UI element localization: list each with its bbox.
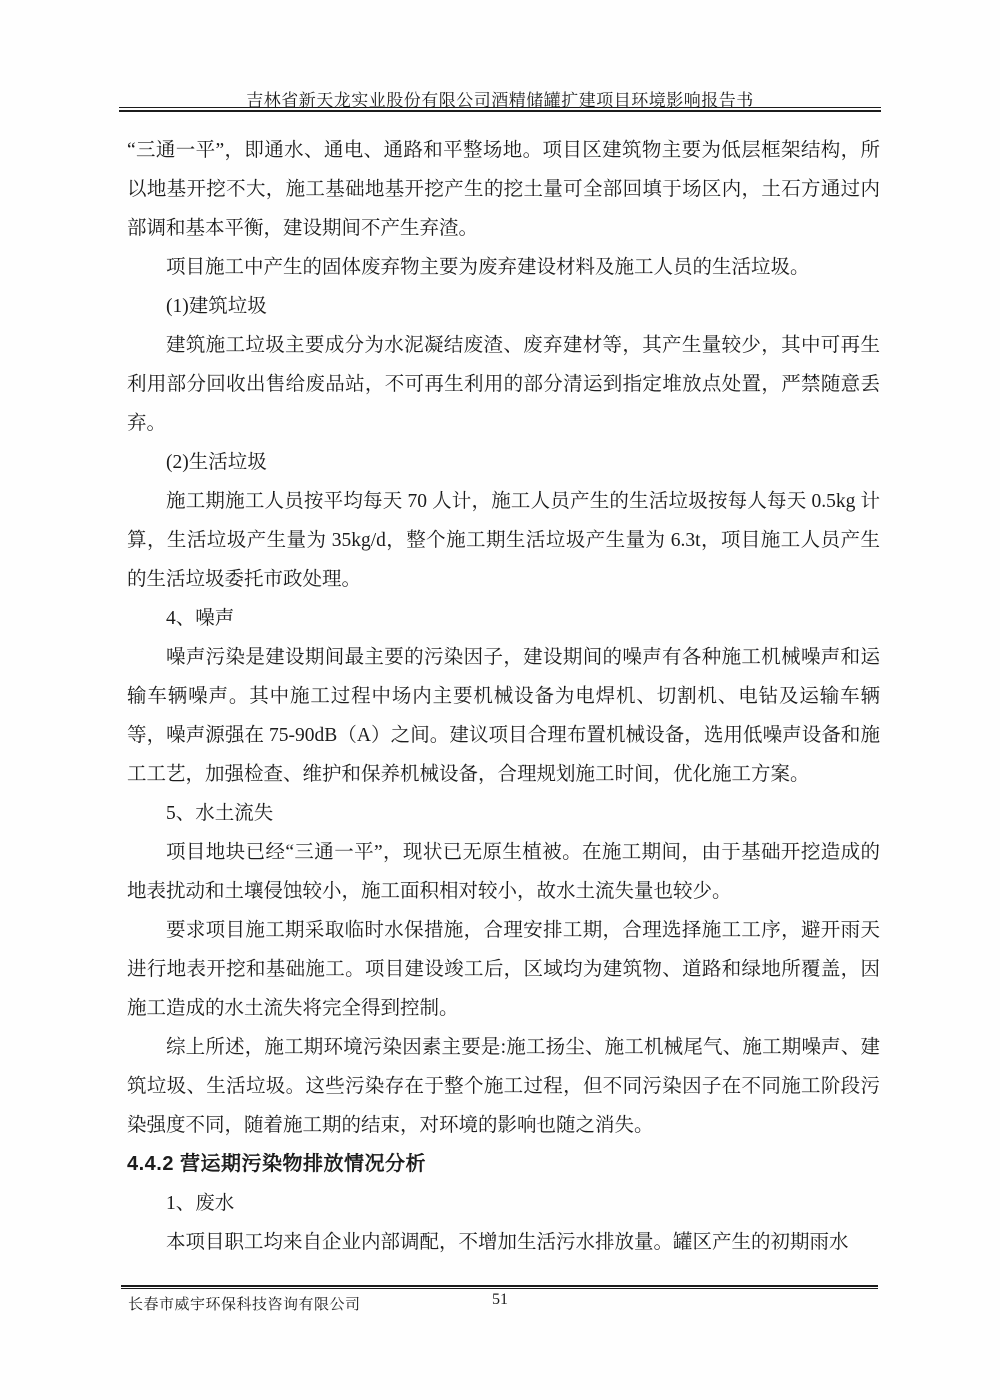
body-paragraph-construction-waste: 建筑施工垃圾主要成分为水泥凝结废渣、废弃建材等，其产生量较少，其中可再生利用部分… xyxy=(127,326,880,443)
document-page: 吉林省新天龙实业股份有限公司酒精储罐扩建项目环境影响报告书 “三通一平”，即通水… xyxy=(0,0,1000,1400)
body-paragraph-solid-waste-intro: 项目施工中产生的固体废弃物主要为废弃建设材料及施工人员的生活垃圾。 xyxy=(127,248,880,287)
page-number: 51 xyxy=(0,1291,1000,1309)
subsection-label-noise: 4、噪声 xyxy=(127,599,880,638)
document-body: “三通一平”，即通水、通电、通路和平整场地。项目区建筑物主要为低层框架结构，所以… xyxy=(127,131,880,1276)
body-paragraph-noise: 噪声污染是建设期间最主要的污染因子，建设期间的噪声有各种施工机械噪声和运输车辆噪… xyxy=(127,638,880,794)
body-paragraph-domestic-waste: 施工期施工人员按平均每天 70 人计，施工人员产生的生活垃圾按每人每天 0.5k… xyxy=(127,482,880,599)
section-heading-4-4-2: 4.4.2 营运期污染物排放情况分析 xyxy=(127,1145,880,1184)
body-paragraph-wastewater: 本项目职工均来自企业内部调配，不增加生活污水排放量。罐区产生的初期雨水 xyxy=(127,1223,880,1262)
subsection-label-construction-waste: (1)建筑垃圾 xyxy=(127,287,880,326)
footer-rule xyxy=(121,1285,878,1289)
header-rule xyxy=(119,107,881,112)
subsection-label-soil-erosion: 5、水土流失 xyxy=(127,794,880,833)
body-paragraph-summary: 综上所述，施工期环境污染因素主要是:施工扬尘、施工机械尾气、施工期噪声、建筑垃圾… xyxy=(127,1028,880,1145)
body-paragraph-soil-erosion-1: 项目地块已经“三通一平”，现状已无原生植被。在施工期间，由于基础开挖造成的地表扰… xyxy=(127,833,880,911)
body-paragraph-continuation: “三通一平”，即通水、通电、通路和平整场地。项目区建筑物主要为低层框架结构，所以… xyxy=(127,131,880,248)
body-paragraph-soil-erosion-2: 要求项目施工期采取临时水保措施，合理安排工期，合理选择施工工序，避开雨天进行地表… xyxy=(127,911,880,1028)
subsection-label-domestic-waste: (2)生活垃圾 xyxy=(127,443,880,482)
subsection-label-wastewater: 1、废水 xyxy=(127,1184,880,1223)
